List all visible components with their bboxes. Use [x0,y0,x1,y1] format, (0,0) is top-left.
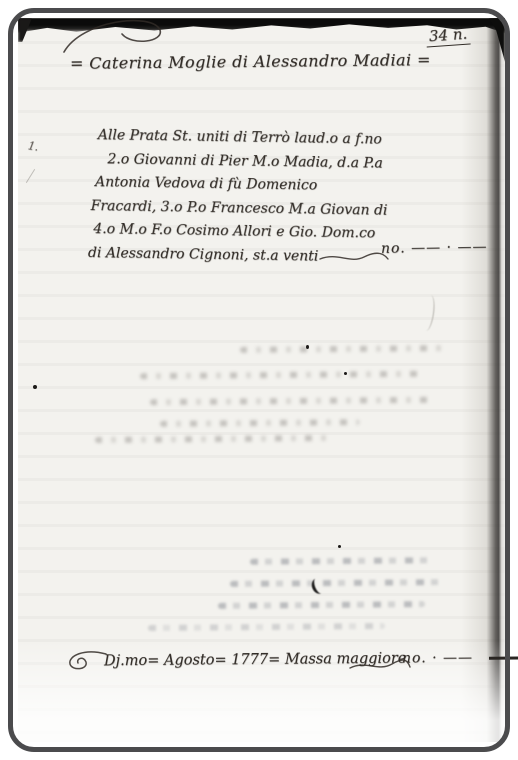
scan-frame-border [8,8,510,752]
screenshot-stage: 34 n. = Caterina Moglie di Alessandro Ma… [0,0,518,760]
